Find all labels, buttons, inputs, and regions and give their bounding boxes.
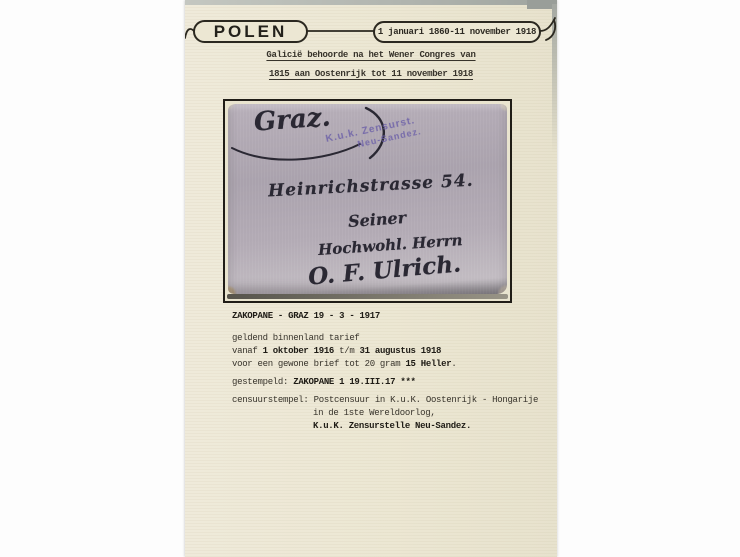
page-subtitle: Galicië behoorde na het Wener Congres va…	[185, 50, 557, 79]
censor-stamp: K.u.k. Zensurst. Neu-Sandez.	[325, 114, 423, 155]
caption-line: censuurstempel: Postcensuur in K.u.K. Oo…	[232, 394, 552, 407]
cover-address-salutation-1: Seiner	[347, 208, 406, 231]
cover-address-city: Graz.	[253, 104, 331, 138]
page-top-edge	[185, 0, 557, 5]
caption-line: voor een gewone brief tot 20 gram 15 Hel…	[232, 358, 552, 371]
country-title: POLEN	[214, 22, 288, 42]
subtitle-line-2: 1815 aan Oostenrijk tot 11 november 1918	[185, 69, 557, 79]
caption-block: ZAKOPANE - GRAZ 19 - 3 - 1917 geldend bi…	[232, 310, 552, 433]
cover-address-street: Heinrichstrasse 54.	[268, 171, 474, 202]
caption-line: vanaf 1 oktober 1916 t/m 31 augustus 191…	[232, 345, 552, 358]
album-page: POLEN 1 januari 1860-11 november 1918 Ga…	[185, 0, 557, 557]
country-title-pill: POLEN	[193, 20, 308, 43]
cover-frame: K.u.k. Zensurst. Neu-Sandez. Graz. Heinr…	[223, 99, 512, 303]
caption-line: K.u.K. Zensurstelle Neu-Sandez.	[232, 420, 552, 433]
date-range-label: 1 januari 1860-11 november 1918	[378, 27, 536, 37]
cover-shadow	[227, 294, 508, 299]
subtitle-line-1: Galicië behoorde na het Wener Congres va…	[185, 50, 557, 60]
album-page-photo: POLEN 1 januari 1860-11 november 1918 Ga…	[0, 0, 740, 557]
caption-line: geldend binnenland tarief	[232, 332, 552, 345]
cover-photo: K.u.k. Zensurst. Neu-Sandez. Graz. Heinr…	[228, 104, 507, 294]
caption-route-line: ZAKOPANE - GRAZ 19 - 3 - 1917	[232, 310, 552, 323]
caption-line: in de 1ste Wereldoorlog,	[232, 407, 552, 420]
date-range-pill: 1 januari 1860-11 november 1918	[373, 21, 541, 43]
caption-line: gestempeld: ZAKOPANE 1 19.III.17 ***	[232, 376, 552, 389]
